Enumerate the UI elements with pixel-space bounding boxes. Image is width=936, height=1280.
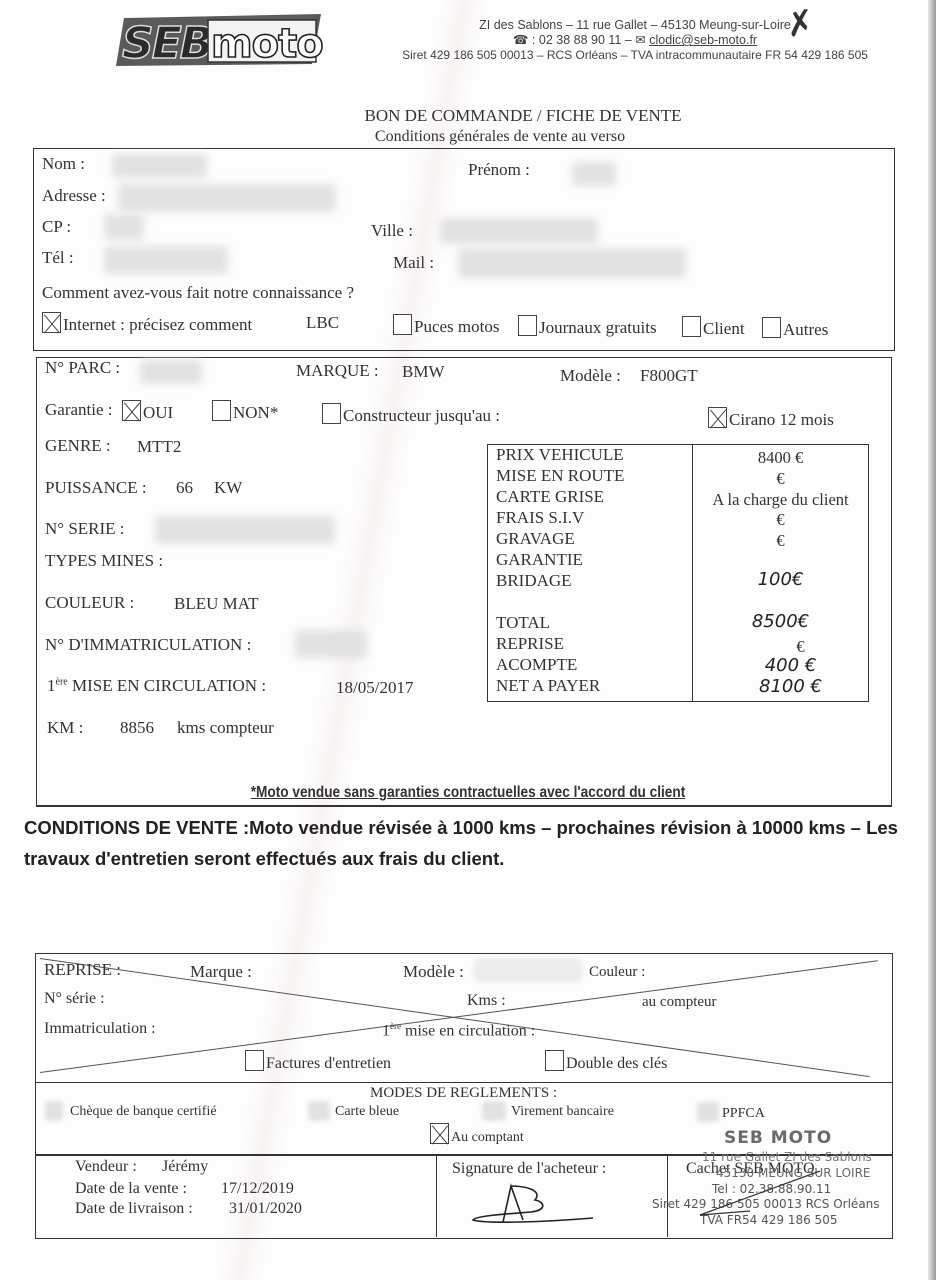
checkbox-garantie-oui-checked[interactable] bbox=[122, 400, 141, 421]
source-internet-detail: LBC bbox=[306, 313, 339, 333]
mise-circ-text: MISE EN CIRCULATION : bbox=[68, 676, 266, 695]
parc-label: N° PARC : bbox=[45, 358, 120, 378]
price-row-value: A la charge du client bbox=[693, 490, 868, 510]
km-label: KM : bbox=[47, 718, 83, 738]
document-title: BON DE COMMANDE / FICHE DE VENTE bbox=[0, 106, 936, 126]
double-cles-label: Double des clés bbox=[566, 1055, 667, 1072]
garantie-cirano[interactable]: Cirano 12 mois bbox=[708, 407, 834, 430]
checkbox-virement[interactable] bbox=[482, 1101, 506, 1121]
source-puces-motos[interactable]: Puces motos bbox=[393, 314, 499, 337]
source-journaux[interactable]: Journaux gratuits bbox=[518, 315, 657, 338]
reprise-mise-circ-label: 1ère mise en circulation : bbox=[382, 1021, 535, 1040]
date-livraison-value: 31/01/2020 bbox=[229, 1200, 302, 1218]
garantie-oui-label: OUI bbox=[143, 403, 173, 422]
price-row-label: BRIDAGE bbox=[496, 571, 572, 591]
stamp-address: 11 rue Gallet ZI des Sablons bbox=[702, 1150, 872, 1164]
reprise-modele-label: Modèle : bbox=[403, 962, 464, 982]
garantie-constructeur[interactable]: Constructeur jusqu'au : bbox=[322, 403, 500, 426]
nom-field-redacted[interactable] bbox=[112, 154, 207, 178]
checkbox-autres[interactable] bbox=[762, 317, 781, 338]
svg-text:SEB: SEB bbox=[122, 18, 211, 68]
adresse-field-redacted[interactable] bbox=[118, 184, 336, 212]
modele-value: F800GT bbox=[640, 366, 698, 386]
footer-divider bbox=[436, 1154, 437, 1237]
price-row-value: 8400 € bbox=[693, 448, 868, 468]
vendeur-value: Jérémy bbox=[162, 1158, 208, 1176]
ville-label: Ville : bbox=[371, 221, 413, 241]
checkbox-puces-motos[interactable] bbox=[393, 314, 412, 335]
footer-divider bbox=[667, 1154, 668, 1237]
checkbox-cirano-checked[interactable] bbox=[708, 407, 727, 428]
no-warranty-note: *Moto vendue sans garanties contractuell… bbox=[56, 784, 880, 802]
checkbox-garantie-non[interactable] bbox=[212, 400, 231, 421]
reprise-mise-circ-sup: ère bbox=[390, 1021, 401, 1031]
garantie-label: Garantie : bbox=[45, 400, 113, 420]
mise-circ-sup: ère bbox=[56, 676, 68, 687]
payment-title: MODES DE REGLEMENTS : bbox=[370, 1085, 557, 1102]
price-row-label: GARANTIE bbox=[496, 550, 583, 570]
checkbox-client[interactable] bbox=[682, 316, 701, 337]
reprise-au-compteur: au compteur bbox=[642, 994, 717, 1011]
puissance-value: 66 bbox=[176, 478, 193, 498]
genre-label: GENRE : bbox=[45, 436, 111, 456]
source-puces-label: Puces motos bbox=[414, 317, 499, 336]
signature-label: Signature de l'acheteur : bbox=[452, 1160, 606, 1178]
garantie-non[interactable]: NON* bbox=[212, 400, 278, 423]
couleur-value: BLEU MAT bbox=[174, 594, 259, 614]
prenom-label: Prénom : bbox=[468, 160, 530, 180]
svg-text:moto: moto bbox=[211, 21, 323, 67]
types-mines-label: TYPES MINES : bbox=[45, 551, 163, 571]
garantie-oui[interactable]: OUI bbox=[122, 400, 173, 423]
checkbox-factures-entretien[interactable] bbox=[245, 1050, 264, 1071]
reprise-modele-redacted[interactable] bbox=[474, 958, 582, 982]
tel-label: Tél : bbox=[42, 248, 74, 268]
checkbox-cheque[interactable] bbox=[45, 1101, 63, 1121]
adresse-label: Adresse : bbox=[42, 186, 106, 206]
couleur-label: COULEUR : bbox=[45, 593, 134, 613]
checkbox-journaux[interactable] bbox=[518, 315, 537, 336]
tel-field-redacted[interactable] bbox=[104, 246, 228, 274]
source-question: Comment avez-vous fait notre connaissanc… bbox=[42, 283, 354, 303]
seb-moto-logo: SEB moto SEB MOTO bbox=[116, 10, 324, 68]
price-table: PRIX VEHICULE 8400 € MISE EN ROUTE € CAR… bbox=[487, 444, 869, 702]
date-vente-value: 17/12/2019 bbox=[221, 1180, 294, 1198]
price-row-label: NET A PAYER bbox=[496, 676, 600, 696]
source-client-label: Client bbox=[703, 319, 745, 338]
km-value: 8856 bbox=[120, 718, 154, 738]
reprise-label: REPRISE : bbox=[44, 960, 121, 980]
double-cles[interactable]: Double des clés bbox=[545, 1050, 667, 1073]
price-row-label: FRAIS S.I.V bbox=[496, 508, 584, 528]
mail-field-redacted[interactable] bbox=[458, 248, 686, 278]
ville-field-redacted[interactable] bbox=[440, 218, 598, 244]
source-autres[interactable]: Autres bbox=[762, 317, 828, 340]
date-livraison-label: Date de livraison : bbox=[75, 1200, 193, 1218]
document-subtitle: Conditions générales de vente au verso bbox=[0, 128, 936, 146]
reprise-immat-label: Immatriculation : bbox=[44, 1020, 156, 1038]
sale-conditions: CONDITIONS DE VENTE :Moto vendue révisée… bbox=[24, 812, 924, 874]
immat-field-redacted[interactable] bbox=[295, 630, 367, 658]
price-row-label: TOTAL bbox=[496, 613, 550, 633]
stamp-scribble bbox=[690, 1165, 840, 1230]
price-row-label: GRAVAGE bbox=[496, 529, 575, 549]
km-unit: kms compteur bbox=[177, 718, 274, 738]
phone-line: ☎ : 02 38 88 90 11 – ✉ bbox=[513, 33, 646, 47]
price-row-label: MISE EN ROUTE bbox=[496, 466, 624, 486]
factures-label: Factures d'entretien bbox=[266, 1055, 391, 1072]
payment-comptant-label: Au comptant bbox=[451, 1130, 524, 1145]
puissance-unit: KW bbox=[214, 478, 242, 498]
price-row-value-handwritten: 8500€ bbox=[693, 611, 868, 632]
mail-label: Mail : bbox=[393, 253, 434, 273]
reprise-serie-label: N° série : bbox=[44, 990, 105, 1008]
source-autres-label: Autres bbox=[783, 320, 828, 339]
vendeur-label: Vendeur : bbox=[75, 1158, 137, 1176]
payment-cheque-label: Chèque de banque certifié bbox=[70, 1104, 217, 1120]
stamp-company-name: SEB MOTO bbox=[724, 1128, 832, 1148]
source-internet-label: Internet : précisez comment bbox=[63, 315, 252, 334]
source-journaux-label: Journaux gratuits bbox=[539, 318, 657, 337]
mise-circulation-value: 18/05/2017 bbox=[336, 678, 413, 698]
buyer-signature bbox=[465, 1180, 595, 1231]
price-row-value-handwritten: 100€ bbox=[693, 569, 868, 590]
price-row-value-handwritten: 400 € bbox=[703, 655, 878, 676]
cirano-label: Cirano 12 mois bbox=[729, 410, 834, 429]
price-row-value: € bbox=[693, 469, 868, 489]
price-row-label: CARTE GRISE bbox=[496, 487, 604, 507]
price-row-value: € bbox=[713, 637, 888, 657]
factures-entretien[interactable]: Factures d'entretien bbox=[245, 1050, 391, 1073]
reprise-mise-circ-text: mise en circulation : bbox=[401, 1022, 535, 1039]
reprise-kms-label: Kms : bbox=[467, 992, 506, 1010]
checkbox-carte-bleue[interactable] bbox=[308, 1101, 330, 1121]
checkbox-constructeur[interactable] bbox=[322, 403, 341, 424]
reprise-couleur-label: Couleur : bbox=[589, 964, 645, 981]
date-vente-label: Date de la vente : bbox=[75, 1180, 187, 1198]
price-row-label: REPRISE bbox=[496, 634, 564, 654]
company-email-link[interactable]: clodic@seb-moto.fr bbox=[649, 33, 757, 47]
checkbox-internet-checked[interactable] bbox=[42, 312, 61, 333]
payment-comptant[interactable]: Au comptant bbox=[430, 1123, 524, 1146]
checkbox-double-cles[interactable] bbox=[545, 1050, 564, 1071]
mise-circ-prefix: 1 bbox=[47, 676, 56, 695]
nom-label: Nom : bbox=[42, 154, 85, 174]
serie-label: N° SERIE : bbox=[45, 519, 125, 539]
prenom-field-redacted[interactable] bbox=[572, 162, 616, 186]
genre-value: MTT2 bbox=[137, 437, 181, 457]
cp-field-redacted[interactable] bbox=[104, 214, 144, 240]
paper-edge bbox=[928, 0, 936, 1280]
constructeur-label: Constructeur jusqu'au : bbox=[343, 406, 500, 425]
company-legal: Siret 429 186 505 00013 – RCS Orléans – … bbox=[380, 48, 890, 63]
cp-label: CP : bbox=[42, 217, 71, 237]
price-row-label: ACOMPTE bbox=[496, 655, 577, 675]
payment-virement-label: Virement bancaire bbox=[511, 1104, 614, 1120]
immat-label: N° D'IMMATRICULATION : bbox=[45, 635, 251, 655]
serie-field-redacted[interactable] bbox=[155, 516, 335, 544]
marque-label: MARQUE : bbox=[296, 361, 379, 381]
payment-carte-label: Carte bleue bbox=[335, 1104, 399, 1120]
price-row-value: € bbox=[693, 531, 868, 551]
checkbox-comptant-checked[interactable] bbox=[430, 1123, 449, 1144]
checkbox-ppfca[interactable] bbox=[697, 1102, 719, 1122]
parc-field-redacted[interactable] bbox=[140, 360, 202, 384]
mise-circulation-label: 1ère MISE EN CIRCULATION : bbox=[47, 676, 266, 696]
puissance-label: PUISSANCE : bbox=[45, 478, 147, 498]
source-internet[interactable]: Internet : précisez comment bbox=[42, 312, 252, 335]
price-row-value: € bbox=[693, 510, 868, 530]
payment-ppfca-label: PPFCA bbox=[722, 1106, 765, 1122]
reprise-mise-circ-prefix: 1 bbox=[382, 1022, 390, 1039]
marque-value: BMW bbox=[402, 362, 445, 382]
handwritten-mark: ✗ bbox=[783, 2, 818, 46]
source-client[interactable]: Client bbox=[682, 316, 745, 339]
modele-label: Modèle : bbox=[560, 366, 621, 386]
reprise-marque-label: Marque : bbox=[190, 962, 252, 982]
price-row-value-handwritten: 8100 € bbox=[703, 676, 878, 697]
garantie-non-label: NON* bbox=[233, 403, 278, 422]
price-row-label: PRIX VEHICULE bbox=[496, 445, 624, 465]
